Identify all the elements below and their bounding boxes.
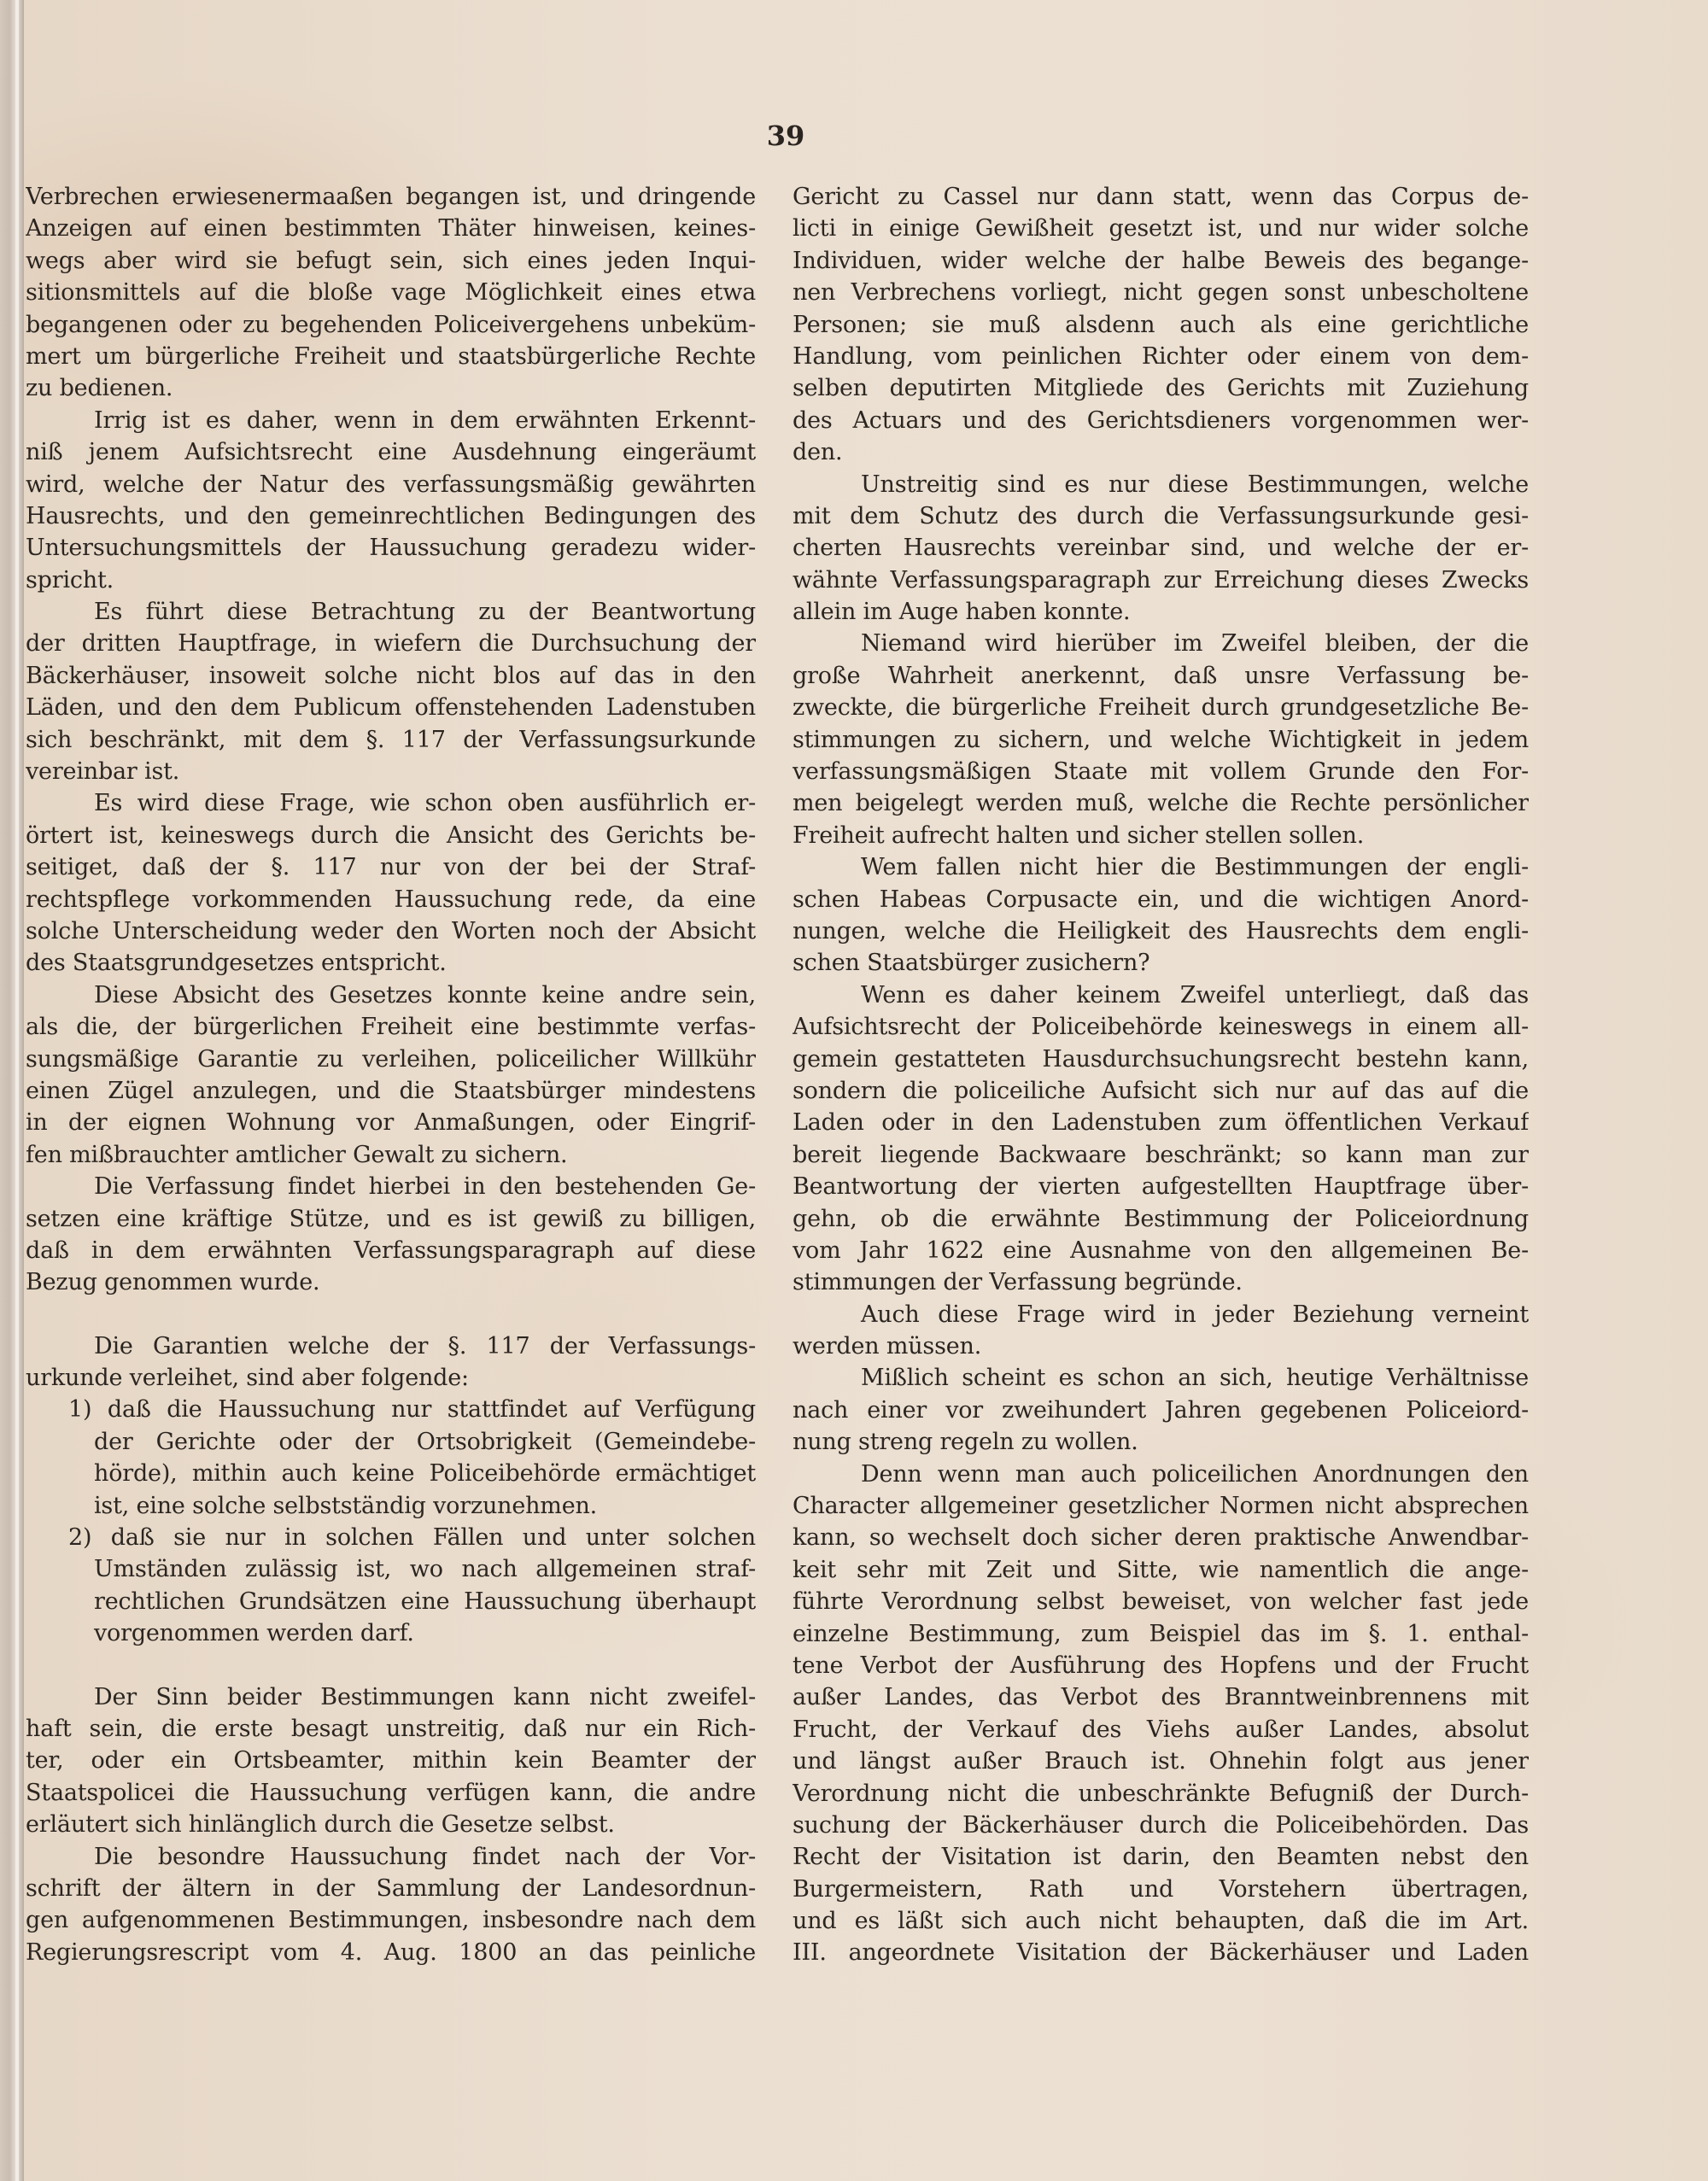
text-line: Frucht, der Verkauf des Viehs außer Land… — [793, 1714, 1529, 1745]
text-line: III. angeordnete Visitation der Bäckerhä… — [793, 1937, 1529, 1968]
text-line: ter, oder ein Ortsbeamter, mithin kein B… — [26, 1745, 756, 1776]
text-line: des Staatsgrundgesetzes entspricht. — [26, 947, 756, 979]
text-line: haft sein, die erste besagt unstreitig, … — [26, 1713, 756, 1745]
text-line: zu bedienen. — [26, 372, 756, 404]
text-line: licti in einige Gewißheit gesetzt ist, u… — [793, 213, 1529, 244]
paragraph-gap — [26, 1650, 756, 1681]
text-line: Bezug genommen wurde. — [26, 1266, 756, 1298]
text-line: vom Jahr 1622 eine Ausnahme von den allg… — [793, 1235, 1529, 1266]
text-line: Hausrechts, und den gemeinrechtlichen Be… — [26, 500, 756, 532]
text-line: gemein gestatteten Hausdurchsuchungsrech… — [793, 1044, 1529, 1075]
text-line: Verbrechen erwiesenermaaßen begangen ist… — [26, 181, 756, 213]
text-line: verfassungsmäßigen Staate mit vollem Gru… — [793, 756, 1529, 787]
text-line: Burgermeistern, Rath und Vorstehern über… — [793, 1874, 1529, 1905]
text-line: den. — [793, 436, 1529, 468]
text-line: Mißlich scheint es schon an sich, heutig… — [793, 1362, 1529, 1394]
text-line: Umständen zulässig ist, wo nach allgemei… — [26, 1553, 756, 1585]
text-line: Untersuchungsmittels der Haussuchung ger… — [26, 532, 756, 564]
text-line: Es führt diese Betrachtung zu der Beantw… — [26, 596, 756, 628]
text-line: daß in dem erwähnten Verfassungsparagrap… — [26, 1235, 756, 1266]
text-line: Denn wenn man auch policeilichen Anordnu… — [793, 1459, 1529, 1490]
text-line: niß jenem Aufsichtsrecht eine Ausdehnung… — [26, 436, 756, 468]
text-line: schen Staatsbürger zusichern? — [793, 947, 1529, 979]
text-line: Individuen, wider welche der halbe Bewei… — [793, 245, 1529, 277]
text-line: Die besondre Haussuchung findet nach der… — [26, 1841, 756, 1873]
text-line: Freiheit aufrecht halten und sicher stel… — [793, 820, 1529, 851]
text-line: Die Verfassung findet hierbei in den bes… — [26, 1171, 756, 1202]
text-line: Handlung, vom peinlichen Richter oder ei… — [793, 341, 1529, 372]
text-line: begangenen oder zu begehenden Policeiver… — [26, 309, 756, 341]
text-line: allein im Auge haben konnte. — [793, 596, 1529, 628]
text-line: gehn, ob die erwähnte Bestimmung der Pol… — [793, 1203, 1529, 1235]
text-line: Diese Absicht des Gesetzes konnte keine … — [26, 979, 756, 1011]
text-line: des Actuars und des Gerichtsdieners vorg… — [793, 405, 1529, 436]
binding-fold-line — [15, 0, 19, 2181]
text-line: men beigelegt werden muß, welche die Rec… — [793, 787, 1529, 819]
text-line: nung streng regeln zu wollen. — [793, 1426, 1529, 1458]
text-line: Unstreitig sind es nur diese Bestimmunge… — [793, 469, 1529, 500]
text-line: und längst außer Brauch ist. Ohnehin fol… — [793, 1745, 1529, 1777]
text-line: mit dem Schutz des durch die Verfassungs… — [793, 500, 1529, 532]
text-line: rechtspflege vorkommenden Haussuchung re… — [26, 884, 756, 915]
text-line: nungen, welche die Heiligkeit des Hausre… — [793, 915, 1529, 947]
text-line: vorgenommen werden darf. — [26, 1617, 756, 1649]
text-line: selben deputirten Mitgliede des Gerichts… — [793, 372, 1529, 404]
text-line: der dritten Hauptfrage, in wiefern die D… — [26, 628, 756, 659]
text-line: gen aufgenommenen Bestimmungen, insbeson… — [26, 1904, 756, 1936]
text-line: Läden, und den dem Publicum offenstehend… — [26, 692, 756, 723]
text-line: kann, so wechselt doch sicher deren prak… — [793, 1522, 1529, 1553]
text-line: Anzeigen auf einen bestimmten Thäter hin… — [26, 213, 756, 244]
text-line: einen Zügel anzulegen, und die Staatsbür… — [26, 1075, 756, 1107]
text-line: örtert ist, keineswegs durch die Ansicht… — [26, 820, 756, 851]
text-line: einzelne Bestimmung, zum Beispiel das im… — [793, 1618, 1529, 1650]
text-line: rechtlichen Grundsätzen eine Haussuchung… — [26, 1586, 756, 1617]
text-line: fen mißbrauchter amtlicher Gewalt zu sic… — [26, 1139, 756, 1171]
text-line: werden müssen. — [793, 1330, 1529, 1362]
text-line: mert um bürgerliche Freiheit und staatsb… — [26, 341, 756, 372]
text-line: als die, der bürgerlichen Freiheit eine … — [26, 1011, 756, 1043]
text-line: Irrig ist es daher, wenn in dem erwähnte… — [26, 405, 756, 436]
text-line: nach einer vor zweihundert Jahren gegebe… — [793, 1395, 1529, 1426]
text-line: sungsmäßige Garantie zu verleihen, polic… — [26, 1044, 756, 1075]
text-line: schen Habeas Corpusacte ein, und die wic… — [793, 884, 1529, 915]
text-line: urkunde verleihet, sind aber folgende: — [26, 1362, 756, 1394]
text-line: Staatspolicei die Haussuchung verfügen k… — [26, 1777, 756, 1809]
text-line: Personen; sie muß alsdenn auch als eine … — [793, 309, 1529, 341]
text-line: der Gerichte oder der Ortsobrigkeit (Gem… — [26, 1426, 756, 1458]
left-text-column: Verbrechen erwiesenermaaßen begangen ist… — [26, 181, 756, 1968]
text-line: Es wird diese Frage, wie schon oben ausf… — [26, 787, 756, 819]
text-line: spricht. — [26, 564, 756, 596]
text-line: vereinbar ist. — [26, 756, 756, 787]
text-line: Aufsichtsrecht der Policeibehörde keines… — [793, 1011, 1529, 1043]
text-line: Der Sinn beider Bestimmungen kann nicht … — [26, 1681, 756, 1713]
text-line: Niemand wird hierüber im Zweifel bleiben… — [793, 628, 1529, 659]
text-line: suchung der Bäckerhäuser durch die Polic… — [793, 1810, 1529, 1841]
text-line: solche Unterscheidung weder den Worten n… — [26, 915, 756, 947]
text-line: Wem fallen nicht hier die Bestimmungen d… — [793, 851, 1529, 883]
text-line: stimmungen zu sichern, und welche Wichti… — [793, 724, 1529, 756]
text-line: schrift der ältern in der Sammlung der L… — [26, 1873, 756, 1904]
book-binding-edge — [0, 0, 24, 2181]
text-line: sich beschränkt, mit dem §. 117 der Verf… — [26, 724, 756, 756]
text-line: Laden oder in den Ladenstuben zum öffent… — [793, 1107, 1529, 1138]
text-line: wegs aber wird sie befugt sein, sich ein… — [26, 245, 756, 277]
text-line: große Wahrheit anerkennt, daß unsre Verf… — [793, 660, 1529, 692]
text-line: setzen eine kräftige Stütze, und es ist … — [26, 1203, 756, 1235]
text-line: Wenn es daher keinem Zweifel unterliegt,… — [793, 979, 1529, 1011]
text-line: nen Verbrechens vorliegt, nicht gegen so… — [793, 277, 1529, 308]
text-line: Regierungsrescript vom 4. Aug. 1800 an d… — [26, 1937, 756, 1968]
text-line: 1) daß die Haussuchung nur stattfindet a… — [26, 1394, 756, 1425]
page-number: 39 — [756, 120, 816, 152]
text-line: Bäckerhäuser, insoweit solche nicht blos… — [26, 660, 756, 692]
paragraph-gap — [26, 1299, 756, 1330]
text-line: Auch diese Frage wird in jeder Beziehung… — [793, 1299, 1529, 1330]
text-line: Character allgemeiner gesetzlicher Norme… — [793, 1490, 1529, 1522]
text-line: außer Landes, das Verbot des Branntweinb… — [793, 1681, 1529, 1713]
text-line: Beantwortung der vierten aufgestellten H… — [793, 1171, 1529, 1202]
text-line: sondern die policeiliche Aufsicht sich n… — [793, 1075, 1529, 1107]
text-line: Verordnung nicht die unbeschränkte Befug… — [793, 1778, 1529, 1810]
text-line: wird, welche der Natur des verfassungsmä… — [26, 469, 756, 500]
text-line: seitiget, daß der §. 117 nur von der bei… — [26, 851, 756, 883]
text-line: zweckte, die bürgerliche Freiheit durch … — [793, 692, 1529, 723]
text-line: Die Garantien welche der §. 117 der Verf… — [26, 1330, 756, 1362]
text-line: tene Verbot der Ausführung des Hopfens u… — [793, 1650, 1529, 1681]
text-line: und es läßt sich auch nicht behaupten, d… — [793, 1905, 1529, 1937]
text-line: cherten Hausrechts vereinbar sind, und w… — [793, 532, 1529, 564]
text-line: Gericht zu Cassel nur dann statt, wenn d… — [793, 181, 1529, 213]
text-line: hörde), mithin auch keine Policeibehörde… — [26, 1458, 756, 1489]
text-line: in der eignen Wohnung vor Anmaßungen, od… — [26, 1107, 756, 1138]
right-text-column: Gericht zu Cassel nur dann statt, wenn d… — [793, 181, 1529, 1969]
text-line: wähnte Verfassungsparagraph zur Erreichu… — [793, 564, 1529, 596]
text-line: ist, eine solche selbstständig vorzunehm… — [26, 1490, 756, 1522]
text-line: Recht der Visitation ist darin, den Beam… — [793, 1841, 1529, 1873]
text-line: 2) daß sie nur in solchen Fällen und unt… — [26, 1522, 756, 1553]
text-line: keit sehr mit Zeit und Sitte, wie nament… — [793, 1554, 1529, 1586]
text-line: erläutert sich hinlänglich durch die Ges… — [26, 1809, 756, 1840]
text-line: sitionsmittels auf die bloße vage Möglic… — [26, 277, 756, 308]
text-line: führte Verordnung selbst beweiset, von w… — [793, 1586, 1529, 1617]
text-line: stimmungen der Verfassung begründe. — [793, 1266, 1529, 1298]
text-line: bereit liegende Backwaare beschränkt; so… — [793, 1139, 1529, 1171]
